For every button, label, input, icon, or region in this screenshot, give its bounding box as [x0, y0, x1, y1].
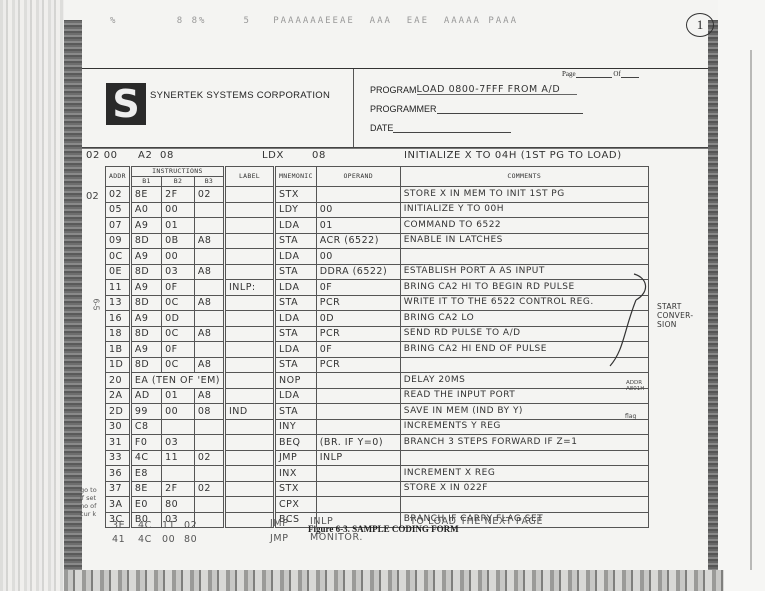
cell-operand: 0F — [316, 342, 400, 358]
cell-mnemonic: LDA — [275, 249, 317, 265]
cell-b3 — [194, 249, 224, 265]
cell-addr: 31 — [106, 435, 131, 451]
cell-addr: 13 — [106, 295, 131, 311]
cell-b1: A9 — [130, 280, 161, 296]
cell-b1: EA (TEN OF 'EM) — [130, 373, 224, 389]
cell-b1: 99 — [130, 404, 161, 420]
cell-mnemonic: STX — [275, 187, 317, 203]
cell-addr: 2D — [106, 404, 131, 420]
cell-b2 — [162, 419, 195, 435]
cell-comment — [400, 497, 648, 513]
cell-mnemonic: JMP — [275, 450, 317, 466]
cell-operand: DDRA (6522) — [316, 264, 400, 280]
cell-b2 — [162, 466, 195, 482]
figure-caption: Figure 6-3. SAMPLE CODING FORM — [308, 524, 459, 534]
page-label: Page — [562, 70, 576, 78]
cell-b2: 2F — [162, 187, 195, 203]
tail-row-b2: 11 — [162, 520, 175, 531]
table-row: 11A90FINLP:LDA0FBRING CA2 HI TO BEGIN RD… — [106, 280, 649, 296]
cell-comment: INCREMENTS Y REG — [400, 419, 648, 435]
cell-mnemonic: STA — [275, 295, 317, 311]
cell-comment — [400, 450, 648, 466]
cell-b3: A8 — [194, 326, 224, 342]
cell-b1: A9 — [130, 218, 161, 234]
cell-b2: 0D — [162, 311, 195, 327]
address-note: ADDR A801H — [626, 380, 656, 392]
program-label: PROGRAM — [370, 85, 417, 95]
cell-b1: E0 — [130, 497, 161, 513]
cell-operand: INLP — [316, 450, 400, 466]
table-row: 31F003BEQ(BR. IF Y=0)BRANCH 3 STEPS FORW… — [106, 435, 649, 451]
cell-mnemonic: LDY — [275, 202, 317, 218]
table-row: 2AAD01A8LDAREAD THE INPUT PORT — [106, 388, 649, 404]
table-row: 138D0CA8STAPCRWRITE IT TO THE 6522 CONTR… — [106, 295, 649, 311]
cell-addr: 02 — [106, 187, 131, 203]
cell-b3 — [194, 435, 224, 451]
company-name: SYNERTEK SYSTEMS CORPORATION — [150, 90, 330, 101]
cell-operand — [316, 187, 400, 203]
cell-label: INLP: — [225, 280, 275, 296]
flag-note: flag — [625, 413, 636, 420]
program-value: LOAD 0800-7FFF FROM A/D — [417, 84, 577, 95]
cell-b1: 4C — [130, 450, 161, 466]
header-b3: B3 — [194, 177, 224, 187]
of-label: Of — [613, 70, 620, 78]
cell-addr: 07 — [106, 218, 131, 234]
header-addr: ADDR — [106, 167, 131, 187]
table-row: 07A901LDA01COMMAND TO 6522 — [106, 218, 649, 234]
table-row: 0E8D03A8STADDRA (6522)ESTABLISH PORT A A… — [106, 264, 649, 280]
cell-operand — [316, 388, 400, 404]
cell-label — [225, 218, 275, 234]
cell-mnemonic: BEQ — [275, 435, 317, 451]
cell-b2: 80 — [162, 497, 195, 513]
coding-table-body: 028E2F02STXSTORE X IN MEM TO INIT 1ST PG… — [106, 187, 649, 528]
cell-label — [225, 233, 275, 249]
cell-operand: (BR. IF Y=0) — [316, 435, 400, 451]
cell-addr: 18 — [106, 326, 131, 342]
cell-b3 — [194, 419, 224, 435]
cell-operand: PCR — [316, 326, 400, 342]
cell-label — [225, 326, 275, 342]
cell-mnemonic: STX — [275, 481, 317, 497]
cell-b1: 8E — [130, 187, 161, 203]
pre-row-b1: A2 — [138, 150, 152, 161]
scan-margin-right — [718, 0, 765, 591]
cell-b3: 08 — [194, 404, 224, 420]
cell-addr: 1B — [106, 342, 131, 358]
cell-addr: 0E — [106, 264, 131, 280]
cell-operand: 00 — [316, 249, 400, 265]
cell-mnemonic: STA — [275, 264, 317, 280]
pre-row-b2: 08 — [160, 150, 174, 161]
cell-b1: A9 — [130, 311, 161, 327]
cell-label — [225, 466, 275, 482]
cell-operand — [316, 497, 400, 513]
cell-b3 — [194, 280, 224, 296]
date-label: DATE — [370, 123, 393, 133]
scan-artifact-line — [750, 50, 752, 570]
cell-operand: ACR (6522) — [316, 233, 400, 249]
cell-label — [225, 388, 275, 404]
header-comments: COMMENTS — [400, 167, 648, 187]
cell-addr: 0C — [106, 249, 131, 265]
cell-mnemonic: INX — [275, 466, 317, 482]
cell-mnemonic: STA — [275, 326, 317, 342]
header-divider — [353, 69, 354, 147]
tail-row-2-b1: 4C — [138, 534, 152, 545]
cell-b3 — [194, 497, 224, 513]
coding-table: ADDR INSTRUCTIONS LABEL MNEMONIC OPERAND… — [105, 166, 649, 528]
cell-b2: 0B — [162, 233, 195, 249]
cell-addr: 05 — [106, 202, 131, 218]
page-annotation: 02 — [86, 191, 99, 202]
top-garbled-text: % 8 8% 5 PAAAAAAEEAE AAA EAE AAAAA PAAA — [110, 16, 518, 26]
cell-b1: 8D — [130, 233, 161, 249]
cell-mnemonic: LDA — [275, 311, 317, 327]
cell-b3: A8 — [194, 357, 224, 373]
cell-b3 — [194, 342, 224, 358]
cell-mnemonic: LDA — [275, 388, 317, 404]
cell-addr: 36 — [106, 466, 131, 482]
date-field: DATE — [370, 122, 511, 133]
cell-b2: 00 — [162, 249, 195, 265]
table-row: 378E2F02STXSTORE X IN 022F — [106, 481, 649, 497]
cell-operand — [316, 419, 400, 435]
cell-label — [225, 497, 275, 513]
cell-label — [225, 342, 275, 358]
header-instructions: INSTRUCTIONS — [130, 167, 224, 177]
header-label: LABEL — [225, 167, 275, 187]
cell-b3 — [194, 512, 224, 528]
scan-bottom-edge — [64, 570, 724, 591]
cell-comment — [400, 249, 648, 265]
cell-label — [225, 295, 275, 311]
cell-b1: 8E — [130, 481, 161, 497]
form-header: S SYNERTEK SYSTEMS CORPORATION Page Of P… — [82, 68, 708, 148]
cell-b1: 8D — [130, 357, 161, 373]
cell-label: IND — [225, 404, 275, 420]
cell-b2: 0C — [162, 326, 195, 342]
cell-b1: E8 — [130, 466, 161, 482]
cell-label — [225, 481, 275, 497]
binder-edge-right — [708, 20, 718, 585]
cell-b2: 00 — [162, 202, 195, 218]
cell-mnemonic: LDA — [275, 342, 317, 358]
cell-addr: 09 — [106, 233, 131, 249]
tail-row-addr: 3E — [112, 520, 125, 531]
table-row: 1BA90FLDA0FBRING CA2 HI END OF PULSE — [106, 342, 649, 358]
cell-label — [225, 187, 275, 203]
cell-comment: COMMAND TO 6522 — [400, 218, 648, 234]
tail-row-b3: 02 — [184, 520, 197, 531]
table-row: 20EA (TEN OF 'EM)NOPDELAY 20MS — [106, 373, 649, 389]
cell-addr: 3A — [106, 497, 131, 513]
cell-addr: 33 — [106, 450, 131, 466]
table-row: 16A90DLDA0DBRING CA2 LO — [106, 311, 649, 327]
cell-comment: INITIALIZE Y TO 00H — [400, 202, 648, 218]
left-margin-note: go to if set no of cur k — [80, 486, 102, 518]
date-value — [393, 122, 511, 133]
tail-row-mnemonic: JMP — [270, 518, 289, 529]
table-row: 2D990008INDSTASAVE IN MEM (IND BY Y) — [106, 404, 649, 420]
cell-mnemonic: STA — [275, 357, 317, 373]
table-row: 1D8D0CA8STAPCR — [106, 357, 649, 373]
cell-b1: 8D — [130, 295, 161, 311]
programmer-value — [437, 103, 583, 114]
table-row: 334C1102JMPINLP — [106, 450, 649, 466]
cell-b2: 00 — [162, 404, 195, 420]
cell-comment: ENABLE IN LATCHES — [400, 233, 648, 249]
pre-row-mnemonic: LDX — [262, 150, 284, 161]
cell-b3: A8 — [194, 388, 224, 404]
page-of-field: Page Of — [562, 70, 639, 78]
cell-label — [225, 357, 275, 373]
cell-mnemonic: CPX — [275, 497, 317, 513]
synertek-logo-icon: S — [106, 83, 146, 125]
cell-comment: READ THE INPUT PORT — [400, 388, 648, 404]
form-rule — [82, 148, 708, 149]
header-b2: B2 — [162, 177, 195, 187]
tail-row-2-mnemonic: JMP — [270, 533, 289, 544]
cell-b1: 8D — [130, 326, 161, 342]
cell-b3: 02 — [194, 187, 224, 203]
cell-comment: BRANCH 3 STEPS FORWARD IF Z=1 — [400, 435, 648, 451]
circled-page-number: 1 — [686, 13, 714, 37]
cell-b1: AD — [130, 388, 161, 404]
scan-margin-left — [0, 0, 64, 591]
table-row: 36E8INXINCREMENT X REG — [106, 466, 649, 482]
tail-row-2-b2: 00 — [162, 534, 175, 545]
cell-operand: PCR — [316, 295, 400, 311]
cell-operand — [316, 481, 400, 497]
cell-b2: 0C — [162, 357, 195, 373]
cell-b3: A8 — [194, 295, 224, 311]
cell-b1: C8 — [130, 419, 161, 435]
cell-operand — [316, 404, 400, 420]
cell-label — [225, 264, 275, 280]
header-b1: B1 — [130, 177, 161, 187]
cell-b2: 03 — [162, 264, 195, 280]
cell-operand — [316, 466, 400, 482]
cell-b1: A9 — [130, 249, 161, 265]
cell-mnemonic: STA — [275, 233, 317, 249]
cell-comment: SAVE IN MEM (IND BY Y) — [400, 404, 648, 420]
cell-label — [225, 450, 275, 466]
pre-row-comment: INITIALIZE X TO 04H (1ST PG TO LOAD) — [404, 150, 622, 161]
cell-b1: 8D — [130, 264, 161, 280]
cell-addr: 30 — [106, 419, 131, 435]
cell-label — [225, 311, 275, 327]
pre-row-addr: 02 00 — [86, 150, 118, 161]
table-row: 188D0CA8STAPCRSEND RD PULSE TO A/D — [106, 326, 649, 342]
cell-operand: PCR — [316, 357, 400, 373]
cell-label — [225, 373, 275, 389]
cell-addr: 11 — [106, 280, 131, 296]
cell-label — [225, 202, 275, 218]
cell-b3 — [194, 202, 224, 218]
table-row: 0CA900LDA00 — [106, 249, 649, 265]
cell-b3: 02 — [194, 450, 224, 466]
program-field: PROGRAMLOAD 0800-7FFF FROM A/D — [370, 84, 577, 95]
table-row: 3AE080CPX — [106, 497, 649, 513]
cell-b2: 2F — [162, 481, 195, 497]
pre-row-operand: 08 — [312, 150, 326, 161]
tail-row-2-b3: 80 — [184, 534, 197, 545]
cell-mnemonic: STA — [275, 404, 317, 420]
cell-label — [225, 419, 275, 435]
cell-b1: A9 — [130, 342, 161, 358]
cell-mnemonic: LDA — [275, 218, 317, 234]
cell-label — [225, 512, 275, 528]
cell-b2: 0F — [162, 280, 195, 296]
header-mnemonic: MNEMONIC — [275, 167, 317, 187]
cell-b1: A0 — [130, 202, 161, 218]
cell-mnemonic: INY — [275, 419, 317, 435]
start-conversion-note: START CONVER- SION — [657, 302, 703, 329]
table-row: 30C8INYINCREMENTS Y REG — [106, 419, 649, 435]
cell-b3 — [194, 466, 224, 482]
cell-b3 — [194, 218, 224, 234]
cell-operand: 0F — [316, 280, 400, 296]
cell-b2: 03 — [162, 435, 195, 451]
cell-comment: STORE X IN MEM TO INIT 1ST PG — [400, 187, 648, 203]
start-conversion-bracket — [600, 270, 660, 380]
cell-label — [225, 249, 275, 265]
cell-mnemonic: NOP — [275, 373, 317, 389]
cell-addr: 16 — [106, 311, 131, 327]
cell-operand: 00 — [316, 202, 400, 218]
cell-b2: 11 — [162, 450, 195, 466]
tail-row-2-addr: 41 — [112, 534, 125, 545]
cell-addr: 20 — [106, 373, 131, 389]
cell-addr: 37 — [106, 481, 131, 497]
cell-b2: 01 — [162, 218, 195, 234]
cell-b3: A8 — [194, 233, 224, 249]
programmer-field: PROGRAMMER — [370, 103, 583, 114]
cell-b3: 02 — [194, 481, 224, 497]
cell-addr: 1D — [106, 357, 131, 373]
cell-comment: INCREMENT X REG — [400, 466, 648, 482]
cell-operand: 01 — [316, 218, 400, 234]
cell-operand: 0D — [316, 311, 400, 327]
cell-b3 — [194, 311, 224, 327]
cell-b1: F0 — [130, 435, 161, 451]
tail-row-b1: 4C — [138, 520, 152, 531]
table-row: 098D0BA8STAACR (6522)ENABLE IN LATCHES — [106, 233, 649, 249]
programmer-label: PROGRAMMER — [370, 104, 437, 114]
table-row: 028E2F02STXSTORE X IN MEM TO INIT 1ST PG — [106, 187, 649, 203]
cell-b3: A8 — [194, 264, 224, 280]
cell-b2: 0F — [162, 342, 195, 358]
table-row: 05A000LDY00INITIALIZE Y TO 00H — [106, 202, 649, 218]
cell-mnemonic: LDA — [275, 280, 317, 296]
cell-b2: 01 — [162, 388, 195, 404]
header-operand: OPERAND — [316, 167, 400, 187]
cell-b2: 0C — [162, 295, 195, 311]
cell-label — [225, 435, 275, 451]
cell-operand — [316, 373, 400, 389]
side-note: 6-5 — [91, 299, 100, 311]
cell-comment: STORE X IN 022F — [400, 481, 648, 497]
cell-addr: 2A — [106, 388, 131, 404]
